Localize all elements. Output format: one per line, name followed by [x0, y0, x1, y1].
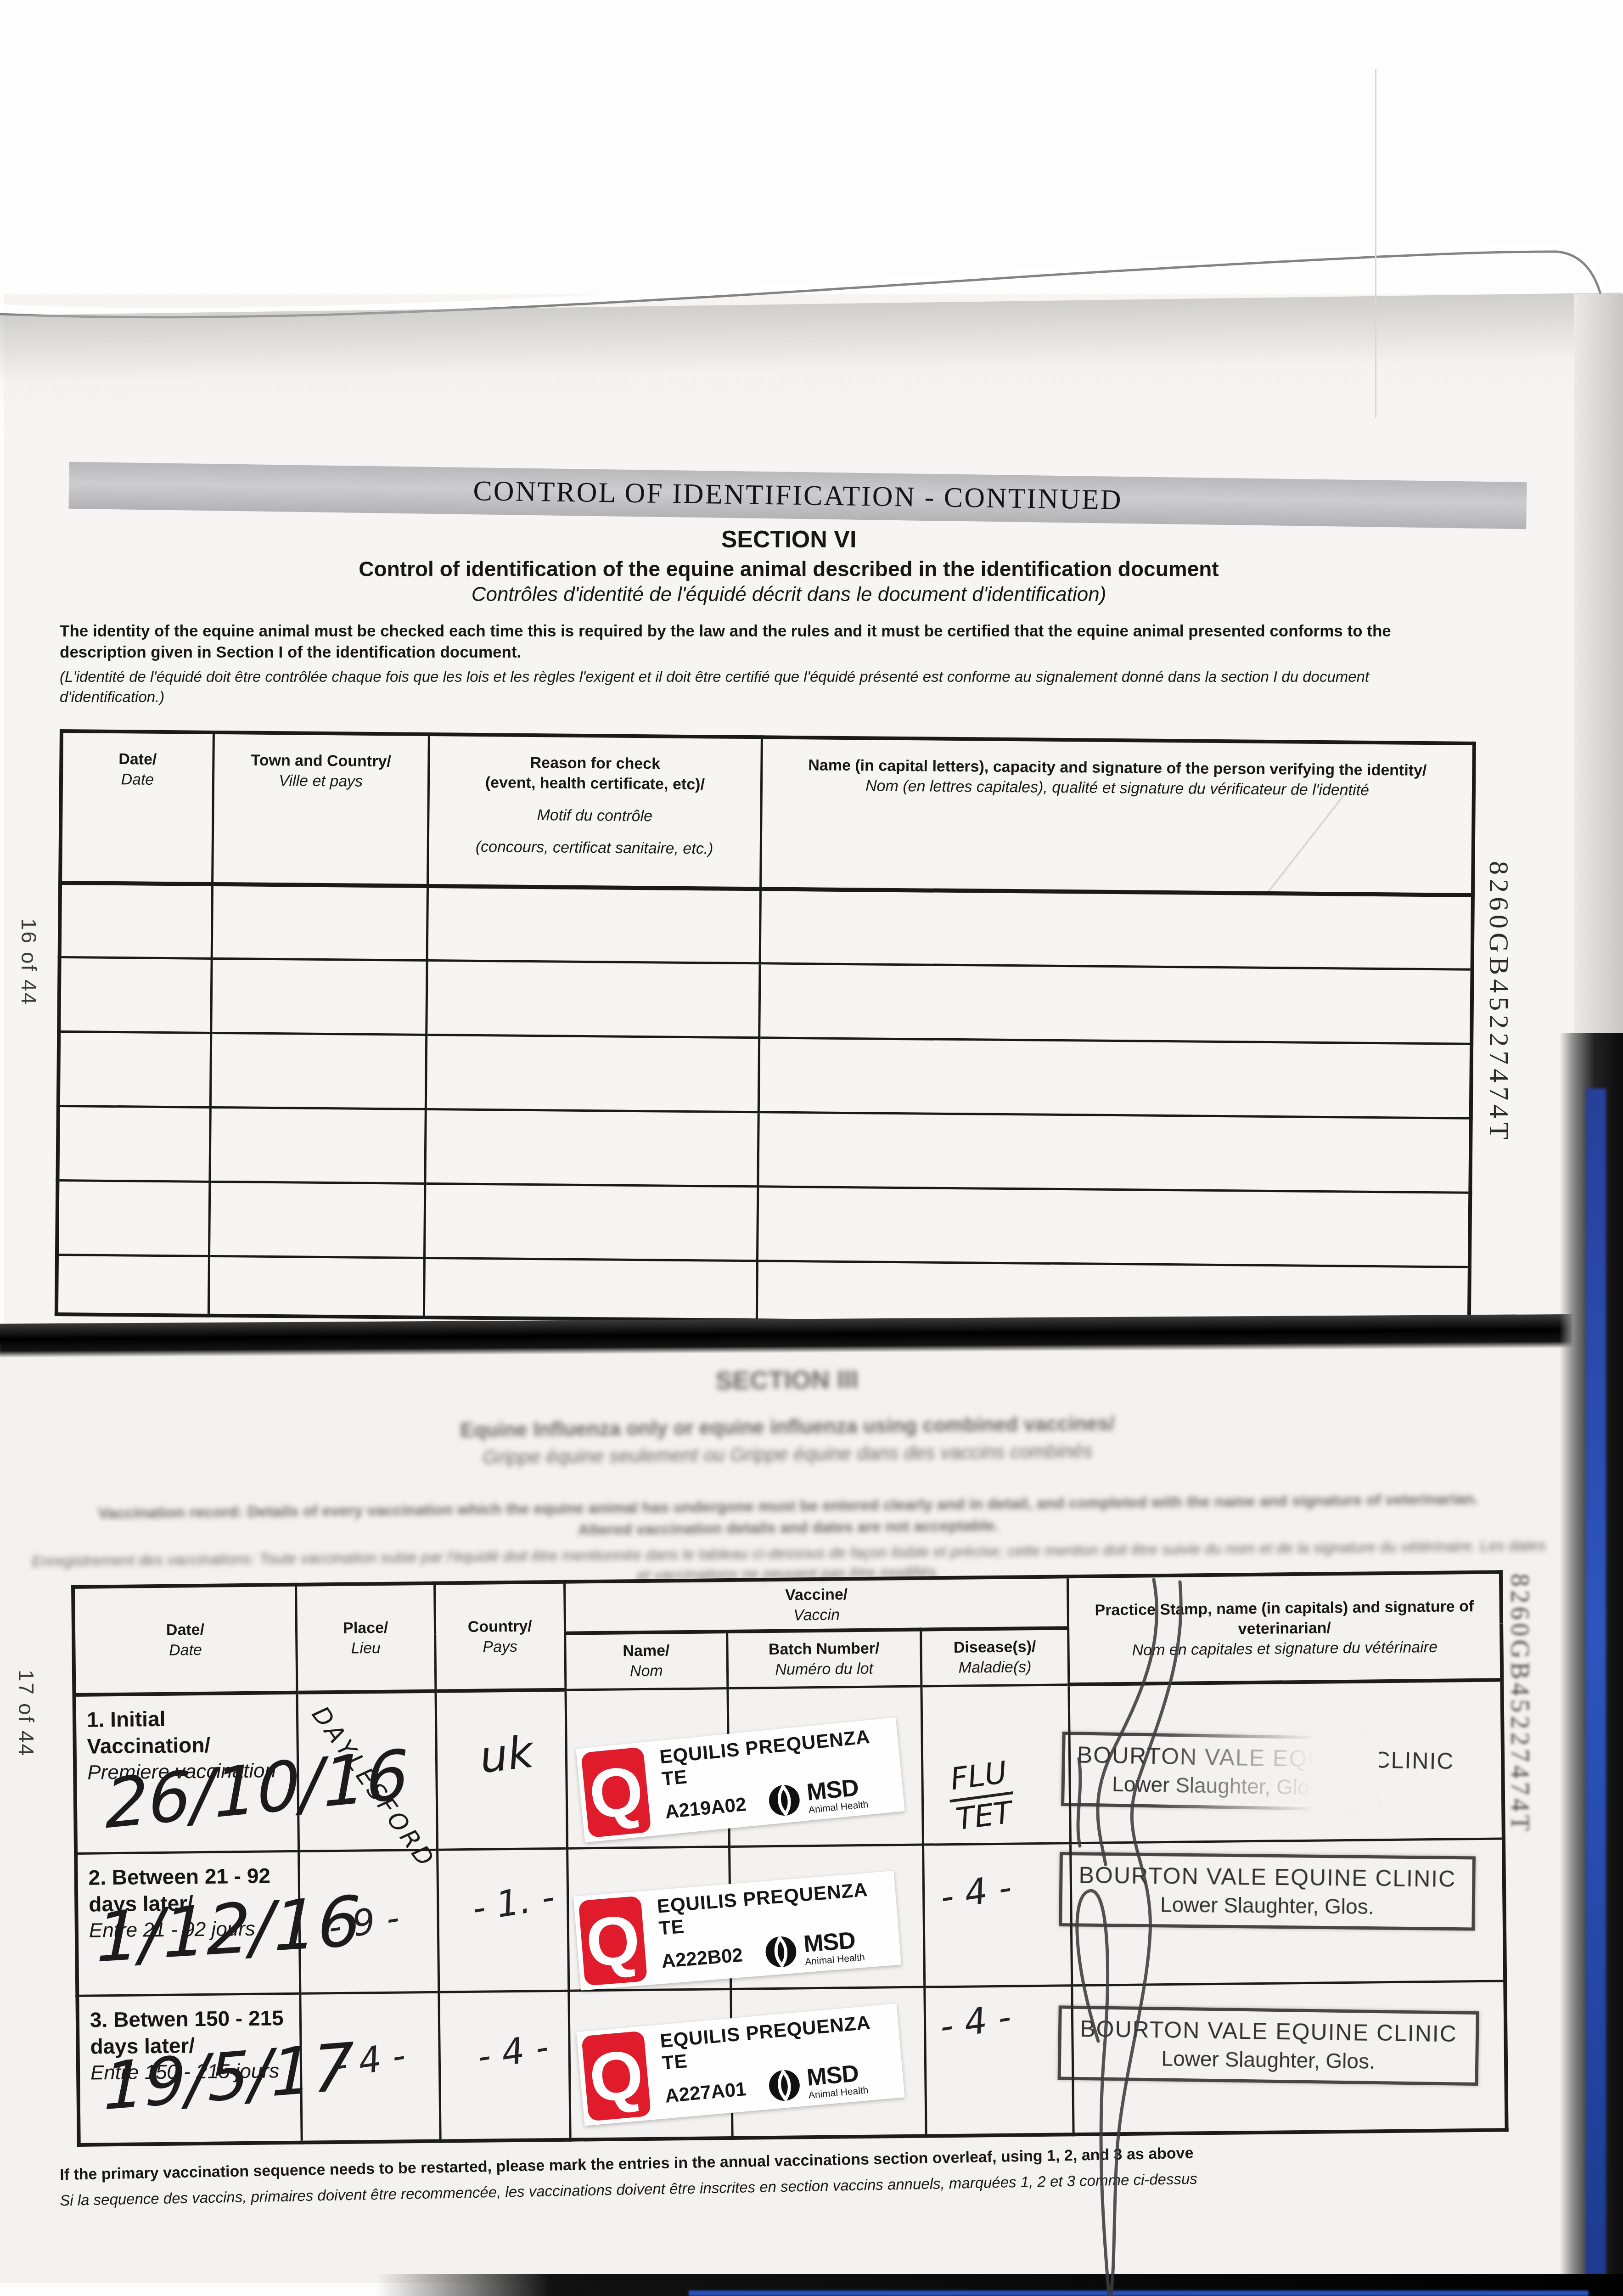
page-section-iii: SECTION III Equine Influenza only or equ… [0, 1337, 1576, 2283]
vaccine-name-cell: Q EQUILIS PREQUENZA TE A219A02 [566, 1688, 729, 1848]
control-empty-row [59, 957, 1472, 1044]
handwritten-disease: FLU TET [944, 1754, 1018, 1838]
page-stack-edge [1375, 69, 1376, 418]
col-disease: Disease(s)/ Maladie(s) [921, 1628, 1069, 1686]
intro-english: The identity of the equine animal must b… [60, 621, 1478, 663]
equilis-q-logo-icon: Q [581, 1746, 651, 1837]
heading-english: Control of identification of the equine … [22, 557, 1556, 581]
page-number-vertical: 16 of 44 [17, 918, 41, 1006]
intro-french: (L'identité de l'équidé doit être contrô… [60, 667, 1465, 707]
disease-cell: FLU TET [921, 1684, 1071, 1844]
col-town-country: Town and Country/ Ville et pays [212, 732, 429, 886]
control-table-header-row: Date/ Date Town and Country/ Ville et pa… [60, 731, 1474, 895]
practice-stamp: BOURTON VALE EQUINE CLINIC Lower Slaught… [1059, 1852, 1476, 1930]
vaccine-name-cell: Q EQUILIS PREQUENZA TE A227A01 [569, 1989, 732, 2140]
date-cell: 2. Between 21 - 92 days later/ Entre 21 … [76, 1851, 300, 1996]
col-country: Country/ Pays [434, 1582, 566, 1691]
heading-french: Contrôles d'identité de l'équidé décrit … [22, 583, 1556, 606]
vaccination-row-3: 3. Betwen 150 - 215 days later/ Entre 15… [77, 1981, 1506, 2145]
vaccination-row-2: 2. Between 21 - 92 days later/ Entre 21 … [76, 1838, 1505, 1996]
handwritten-ditto: - 4 - [474, 2026, 551, 2077]
equilis-q-logo-icon: Q [581, 2030, 651, 2121]
disease-cell: - 4 - [923, 1843, 1072, 1986]
stamp-cell: BOURTON VALE EQUINE CLINIC Lower Slaught… [1069, 1680, 1504, 1843]
col-practice-stamp: Practice Stamp, name (in capitals) and s… [1068, 1572, 1502, 1684]
msd-globe-icon [766, 2066, 803, 2104]
cover-blue-strip [1586, 1088, 1606, 2296]
col-vaccine-name: Name/ Nom [565, 1632, 728, 1690]
control-empty-row [57, 1106, 1471, 1193]
page-section-vi: CONTROL OF IDENTIFICATION - CONTINUED SE… [4, 294, 1578, 1327]
msd-wordmark: MSD [803, 1927, 864, 1956]
msd-logo: MSDAnimal Health [765, 1774, 869, 1819]
section-title: SECTION VI [22, 526, 1556, 553]
msd-logo: MSDAnimal Health [763, 1927, 865, 1970]
control-empty-row [60, 883, 1473, 969]
page-number-vertical: 17 of 44 [14, 1670, 39, 1757]
col-date: Date/ Date [60, 731, 213, 884]
msd-logo: MSDAnimal Health [766, 2060, 869, 2104]
batch-number: A222B02 [661, 1943, 744, 1972]
section-title: SECTION III [0, 1356, 1575, 1403]
blurred-section-header: SECTION III Equine Influenza only or equ… [0, 1356, 1577, 1592]
col-batch-number: Batch Number/ Numéro du lot [727, 1630, 921, 1688]
country-cell: uk [435, 1690, 567, 1850]
handwritten-country: uk [477, 1726, 536, 1784]
passport-cover-edge [1559, 1033, 1623, 2296]
identification-control-table: Date/ Date Town and Country/ Ville et pa… [55, 729, 1476, 1328]
vaccine-name-cell: Q EQUILIS PREQUENZA TE A222B02 [567, 1846, 731, 1991]
country-cell: - 4 - [438, 1991, 570, 2141]
document-code-vertical: 8260GB45227474T [1505, 1574, 1534, 1835]
control-empty-row [58, 1031, 1471, 1118]
page-edge-right [1574, 294, 1623, 1047]
control-empty-row [57, 1180, 1470, 1267]
handwritten-ditto: - 4 - [938, 1867, 1014, 1918]
practice-stamp: BOURTON VALE EQUINE CLINIC Lower Slaught… [1058, 2005, 1479, 2086]
page-banner: CONTROL OF IDENTIFICATION - CONTINUED [68, 462, 1527, 529]
practice-stamp: BOURTON VALE EQUINE CLINIC Lower Slaught… [1061, 1732, 1377, 1812]
vaccination-table: Date/ Date Place/ Lieu Country/ Pays Vac… [71, 1570, 1509, 2147]
col-vaccine-group: Vaccine/ Vaccin [565, 1576, 1068, 1633]
handwritten-ditto: - 4 - [937, 1996, 1014, 2048]
msd-wordmark: MSD [806, 2060, 868, 2089]
handwritten-date: 1/12/16 [96, 1881, 361, 1978]
stamp-fade [1059, 1729, 1380, 1814]
scan-bottom-blue-edge [689, 2290, 1589, 2296]
country-cell: - 1. - [437, 1848, 569, 1992]
col-place: Place/ Lieu [296, 1583, 436, 1693]
equilis-q-logo-icon: Q [578, 1896, 647, 1986]
col-reason: Reason for check (event, health certific… [427, 734, 762, 889]
disease-cell: - 4 - [925, 1985, 1074, 2136]
msd-globe-icon [765, 1781, 803, 1819]
col-name-capacity-signature: Name (in capital letters), capacity and … [761, 737, 1474, 895]
date-cell: 3. Betwen 150 - 215 days later/ Entre 15… [77, 1993, 302, 2145]
vaccination-row-1: 1. Initial Vaccination/ Premiere vaccina… [74, 1680, 1504, 1853]
batch-number: A227A01 [664, 2077, 747, 2107]
handwritten-ditto: - 1. - [469, 1876, 557, 1929]
stamp-cell: BOURTON VALE EQUINE CLINIC Lower Slaught… [1071, 1838, 1505, 1985]
msd-globe-icon [763, 1932, 800, 1970]
document-code-vertical: 8260GB45227474T [1483, 861, 1515, 1143]
col-date: Date/ Date [73, 1585, 297, 1695]
batch-number: A219A02 [664, 1793, 747, 1823]
stamp-cell: BOURTON VALE EQUINE CLINIC Lower Slaught… [1072, 1981, 1506, 2134]
date-cell: 1. Initial Vaccination/ Premiere vaccina… [74, 1693, 299, 1853]
